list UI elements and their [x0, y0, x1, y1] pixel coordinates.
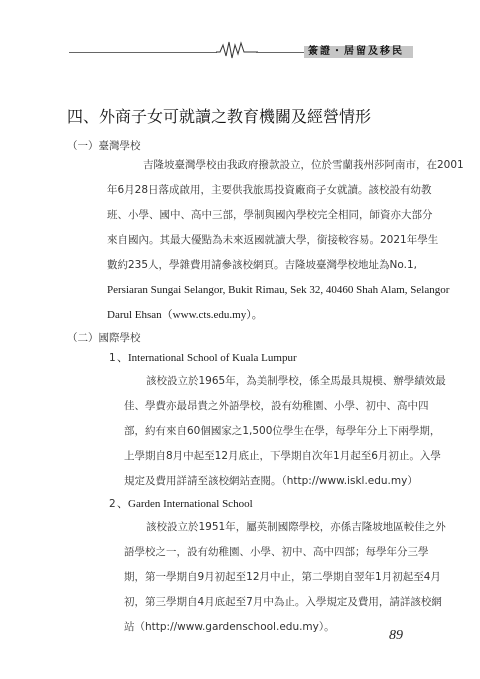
paragraph-line: 部，約有來自60個國家之1,500位學生在學，每學年分上下兩學期，	[124, 424, 440, 438]
paragraph-line: 站（http://www.gardenschool.edu.my）。	[124, 620, 335, 634]
section-title: 四、外商子女可就讀之教育機關及經營情形	[67, 104, 371, 127]
paragraph-line: 吉隆坡臺灣學校由我政府撥款設立，位於雪蘭莪州莎阿南市，在2001	[143, 158, 464, 172]
paragraph-line: Persiaran Sungai Selangor, Bukit Rimau, …	[107, 283, 449, 297]
item-title: 、International School of Kuala Lumpur	[117, 351, 297, 365]
paragraph-line: 期，第一學期自9月初起至12月中止，第二學期自翌年1月初起至4月	[124, 570, 441, 584]
paragraph-line: 規定及費用詳請至該校網站查閱。（http://www.iskl.edu.my）	[124, 474, 418, 488]
paragraph-line: 數約235人，學雜費用請參該校網頁。吉隆坡臺灣學校地址為No.1,	[107, 258, 417, 272]
zigzag-ornament-icon	[216, 39, 258, 61]
item-number: 1	[109, 351, 116, 365]
header-rule-left	[69, 52, 217, 53]
paragraph-line: 來自國內。其最大優點為未來返國就讀大學，銜接較容易。2021年學生	[107, 233, 438, 247]
paragraph-line: 語學校之一，設有幼稚園、小學、初中、高中四部；每學年分三學	[124, 545, 429, 559]
header-rule-right	[256, 52, 306, 53]
paragraph-line: 初，第三學期自4月底起至7月中為止。入學規定及費用，請詳該校網	[124, 595, 442, 609]
paragraph-line: 佳、學費亦最昂貴之外語學校，設有幼稚園、小學、初中、高中四	[124, 399, 429, 413]
item-number: 2	[109, 497, 116, 511]
header-title: 簽證・居留及移民	[308, 42, 404, 57]
subsection-heading: （一）臺灣學校	[67, 139, 141, 153]
paragraph-line: 上學期自8月中起至12月底止，下學期自次年1月起至6月初止。入學	[124, 449, 441, 463]
paragraph-line: 該校設立於1965年，為美制學校，係全馬最具規模、辦學績效最	[146, 374, 446, 388]
paragraph-line: 年6月28日落成啟用，主要供我旅馬投資廠商子女就讀。該校設有幼教	[107, 183, 432, 197]
paragraph-line: 班、小學、國中、高中三部，學制與國內學校完全相同，師資亦大部分	[107, 208, 433, 222]
paragraph-line: 該校設立於1951年，屬英制國際學校，亦係吉隆坡地區較佳之外	[146, 520, 446, 534]
item-title: 、Garden International School	[117, 497, 253, 511]
paragraph-line: Darul Ehsan（www.cts.edu.my）。	[107, 308, 263, 322]
page-number: 89	[389, 628, 403, 644]
subsection-heading: （二）國際學校	[67, 331, 141, 345]
